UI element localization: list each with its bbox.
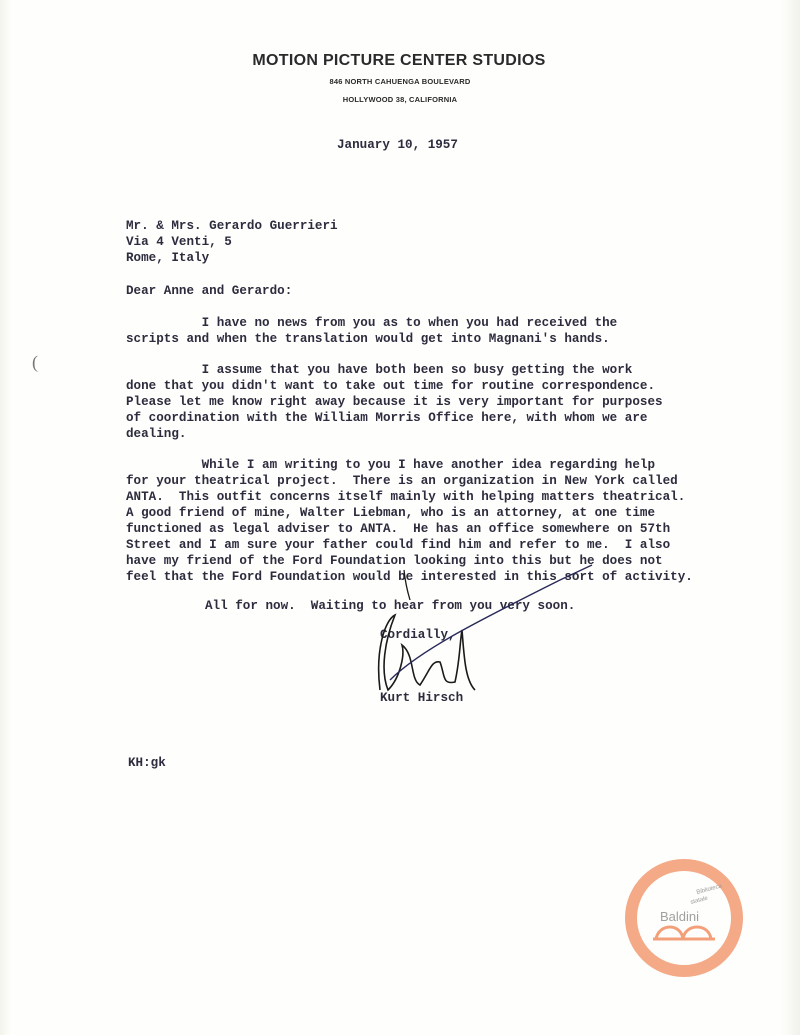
reference-initials: KH:gk bbox=[128, 755, 166, 771]
margin-mark: ( bbox=[32, 352, 38, 373]
stamp-line1: Biblioteca bbox=[696, 883, 723, 896]
letterhead-city: HOLLYWOOD 38, CALIFORNIA bbox=[0, 95, 800, 104]
salutation: Dear Anne and Gerardo: bbox=[126, 283, 292, 299]
signer-name: Kurt Hirsch bbox=[380, 690, 463, 706]
open-book-icon bbox=[653, 927, 715, 939]
recipient-address: Mr. & Mrs. Gerardo Guerrieri Via 4 Venti… bbox=[126, 218, 338, 266]
paragraph-1: I have no news from you as to when you h… bbox=[126, 315, 617, 347]
letterhead: MOTION PICTURE CENTER STUDIOS 846 NORTH … bbox=[0, 52, 800, 104]
recipient-city: Rome, Italy bbox=[126, 251, 209, 265]
letter-date: January 10, 1957 bbox=[337, 137, 458, 153]
letterhead-address: 846 NORTH CAHUENGA BOULEVARD bbox=[0, 77, 800, 86]
recipient-street: Via 4 Venti, 5 bbox=[126, 235, 232, 249]
letter-page: MOTION PICTURE CENTER STUDIOS 846 NORTH … bbox=[0, 0, 800, 1035]
letterhead-title: MOTION PICTURE CENTER STUDIOS bbox=[0, 52, 799, 70]
paragraph-2: I assume that you have both been so busy… bbox=[126, 362, 663, 442]
stamp-name: Baldini bbox=[660, 909, 699, 924]
recipient-name: Mr. & Mrs. Gerardo Guerrieri bbox=[126, 219, 338, 233]
library-stamp: Biblioteca statale Baldini bbox=[623, 857, 745, 979]
stamp-line2: statale bbox=[690, 895, 709, 906]
